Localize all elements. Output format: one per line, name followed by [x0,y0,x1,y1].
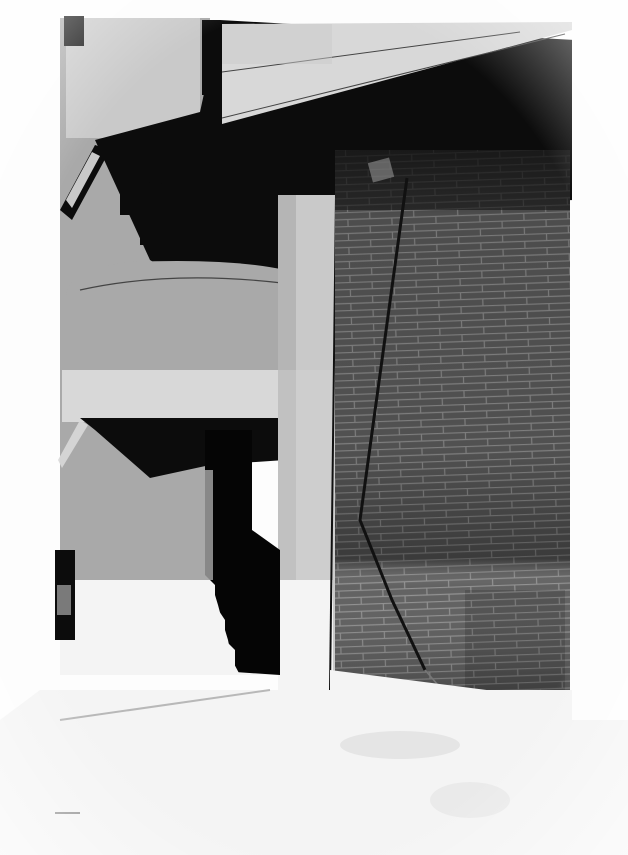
architectural-photograph [0,0,628,855]
